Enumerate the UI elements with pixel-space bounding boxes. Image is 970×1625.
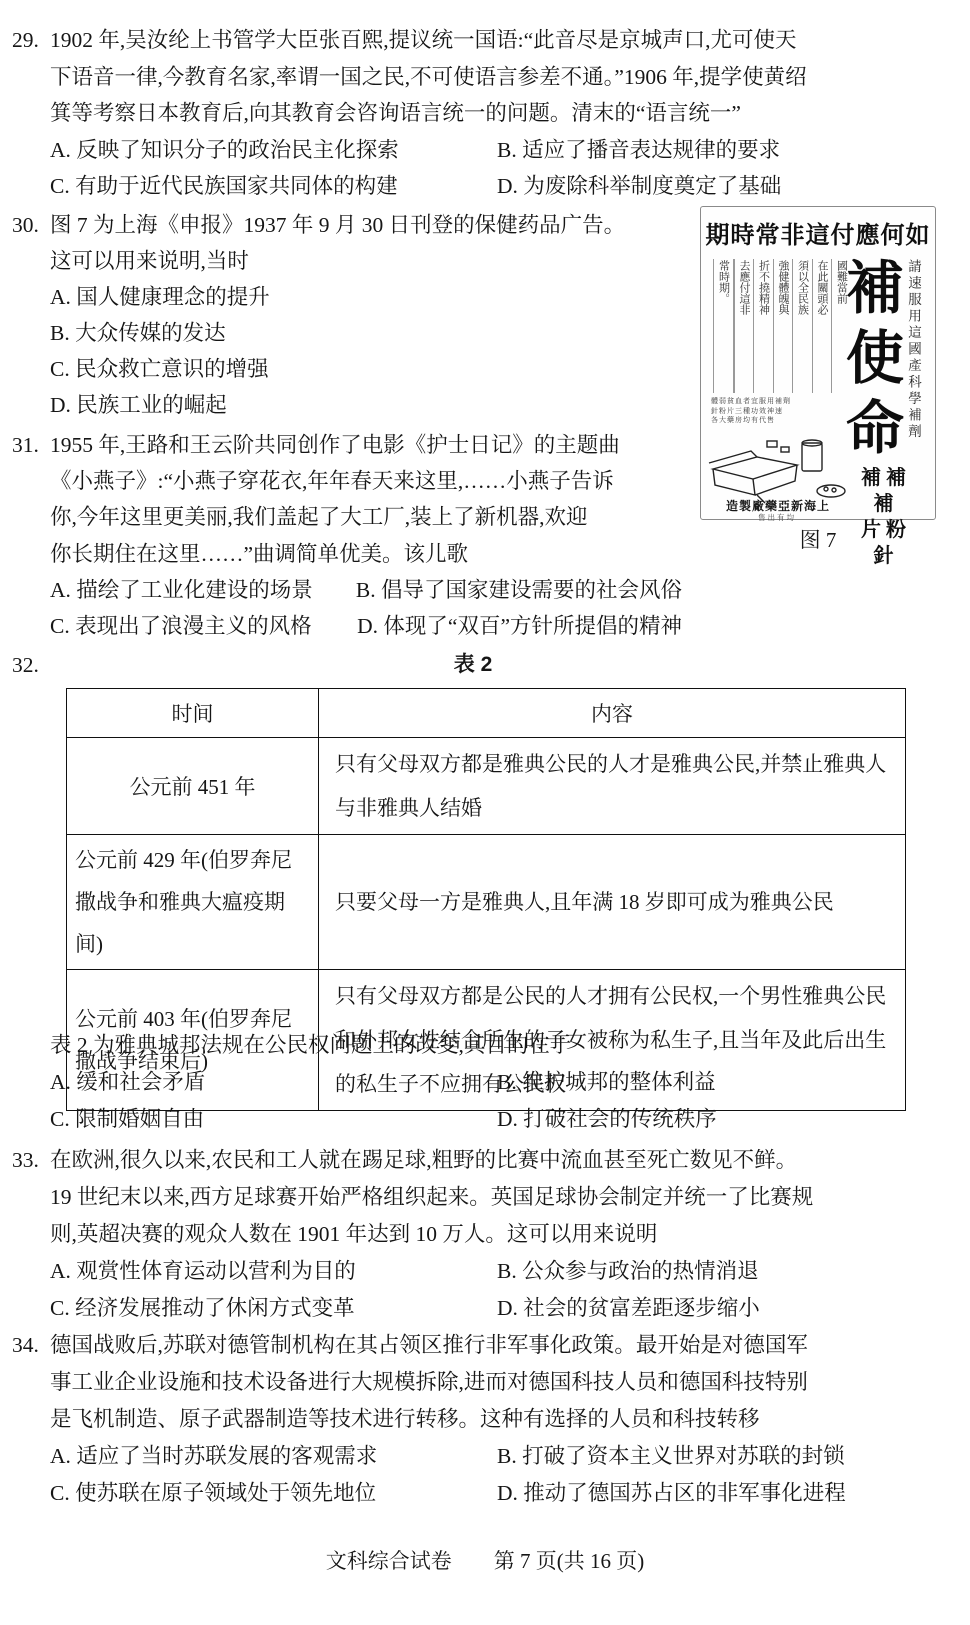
question-line: 33.在欧洲,很久以来,农民和工人就在踢足球,粗野的比赛中流血甚至死亡数见不鲜。 [12, 1142, 970, 1179]
option-a: A. 适应了当时苏联发展的客观需求 [50, 1438, 497, 1475]
option-a: A. 描绘了工业化建设的场景 [50, 572, 356, 608]
question-29: 29.1902 年,吴汝纶上书管学大臣张百熙,提议统一国语:“此音尽是京城声口,… [12, 22, 970, 205]
option-row: C. 使苏联在原子领域处于领先地位 D. 推动了德国苏占区的非军事化进程 [50, 1475, 970, 1512]
option-a: A. 观赏性体育运动以营利为目的 [50, 1253, 497, 1290]
ad-manufacturer-note: 售出有均 [727, 512, 827, 523]
question-line: 这可以用来说明,当时 [50, 243, 672, 279]
question-line: 32. 表 2 [12, 647, 958, 683]
option-c: C. 有助于近代民族国家共同体的构建 [50, 168, 497, 205]
option-b: B. 公众参与政治的热情消退 [497, 1253, 970, 1290]
question-text: 图 7 为上海《申报》1937 年 9 月 30 日刊登的保健药品广告。 [50, 213, 625, 237]
question-line: 你长期住在这里……”曲调简单优美。该儿歌 [50, 536, 682, 572]
table-header-content: 内容 [319, 689, 906, 738]
ad-notice-column: 須以全民族 [792, 259, 812, 393]
option-a: A. 国人健康理念的提升 [50, 279, 672, 315]
table-cell-time: 公元前 429 年(伯罗奔尼撒战争和雅典大瘟疫期间) [67, 835, 319, 970]
page-footer: 文科综合试卷 第 7 页(共 16 页) [0, 1545, 970, 1575]
ad-notice-text: 國難當前 在此關頭必 須以全民族 強健體魄與 折不撓精神 去應付這非 常時期。 [713, 259, 851, 393]
question-number: 29. [12, 22, 50, 59]
option-a: A. 反映了知识分子的政治民主化探索 [50, 132, 497, 169]
option-d: D. 推动了德国苏占区的非军事化进程 [497, 1475, 970, 1512]
option-row: A. 缓和社会矛盾 B. 维护城邦的整体利益 [50, 1064, 970, 1101]
table-cell-content: 只要父母一方是雅典人,且年满 18 岁即可成为雅典公民 [319, 835, 906, 970]
option-row: C. 经济发展推动了休闲方式变革 D. 社会的贫富差距逐步缩小 [50, 1290, 970, 1327]
option-b: B. 倡导了国家建设需要的社会风俗 [356, 572, 682, 608]
ad-headline: 期時常非這付應何如 [701, 215, 935, 250]
question-text: 德国战败后,苏联对德管制机构在其占领区推行非军事化政策。最开始是对德国军 [50, 1333, 808, 1357]
ad-slogan: 請速服用這國產科學補劑 [903, 259, 923, 441]
question-31: 31.1955 年,王路和王云阶共同创作了电影《护士日记》的主题曲 《小燕子》:… [12, 427, 682, 644]
option-c: C. 表现出了浪漫主义的风格 [50, 608, 357, 644]
option-d: D. 体现了“双百”方针所提倡的精神 [357, 608, 682, 644]
question-line: 事工业企业设施和技术设备进行大规模拆除,进而对德国科技人员和德国科技特别 [50, 1364, 970, 1401]
table-header-time: 时间 [67, 689, 319, 738]
question-text: 在欧洲,很久以来,农民和工人就在踢足球,粗野的比赛中流血甚至死亡数见不鲜。 [50, 1148, 797, 1172]
question-line: 下语音一律,今教育名家,率谓一国之民,不可使语言参差不通。”1906 年,提学使… [50, 59, 970, 96]
option-b: B. 打破了资本主义世界对苏联的封锁 [497, 1438, 970, 1475]
question-30: 30.图 7 为上海《申报》1937 年 9 月 30 日刊登的保健药品广告。 … [12, 207, 672, 423]
table-row: 公元前 451 年 只有父母双方都是雅典公民的人才是雅典公民,并禁止雅典人与非雅… [67, 738, 906, 835]
question-line: 是飞机制造、原子武器制造等技术进行转移。这种有选择的人员和科技转移 [50, 1401, 970, 1438]
figure-7-advertisement: 期時常非這付應何如 國難當前 在此關頭必 須以全民族 強健體魄與 折不撓精神 去… [700, 206, 936, 520]
option-row: C. 有助于近代民族国家共同体的构建 D. 为废除科举制度奠定了基础 [50, 168, 970, 205]
option-c: C. 限制婚姻自由 [50, 1101, 497, 1138]
option-b: B. 适应了播音表达规律的要求 [497, 132, 970, 169]
option-b: B. 维护城邦的整体利益 [497, 1064, 970, 1101]
exam-page: { "q29": { "number": "29.", "lines": [ "… [0, 0, 970, 1625]
option-a: A. 缓和社会矛盾 [50, 1064, 497, 1101]
question-32-header: 32. 表 2 [12, 647, 958, 683]
ad-notice-column: 去應付這非 [734, 259, 754, 393]
question-stem: 表 2 为雅典城邦法规在公民权问题上的改变,其目的在于 [50, 1027, 970, 1064]
ad-notice-column: 折不撓精神 [753, 259, 773, 393]
option-d: D. 民族工业的崛起 [50, 387, 672, 423]
question-line: 则,英超决赛的观众人数在 1901 年达到 10 万人。这可以用来说明 [50, 1216, 970, 1253]
table-cell-content: 只有父母双方都是雅典公民的人才是雅典公民,并禁止雅典人与非雅典人结婚 [319, 738, 906, 835]
option-c: C. 经济发展推动了休闲方式变革 [50, 1290, 497, 1327]
option-row: A. 观赏性体育运动以营利为目的 B. 公众参与政治的热情消退 [50, 1253, 970, 1290]
option-b: B. 大众传媒的发达 [50, 315, 672, 351]
question-number: 33. [12, 1142, 50, 1179]
question-number: 31. [12, 427, 50, 463]
question-line: 31.1955 年,王路和王云阶共同创作了电影《护士日记》的主题曲 [12, 427, 682, 463]
option-d: D. 为废除科举制度奠定了基础 [497, 168, 970, 205]
question-number: 34. [12, 1327, 50, 1364]
option-c: C. 民众救亡意识的增强 [50, 351, 672, 387]
question-line: 箕等考察日本教育后,向其教育会咨询语言统一的问题。清末的“语言统一” [50, 95, 970, 132]
question-34: 34.德国战败后,苏联对德管制机构在其占领区推行非军事化政策。最开始是对德国军 … [12, 1327, 970, 1512]
question-line: 你,今年这里更美丽,我们盖起了大工厂,装上了新机器,欢迎 [50, 499, 682, 535]
question-line: 《小燕子》:“小燕子穿花衣,年年春天来这里,……小燕子告诉 [50, 463, 682, 499]
option-d: D. 社会的贫富差距逐步缩小 [497, 1290, 970, 1327]
table-header-row: 时间 内容 [67, 689, 906, 738]
ad-notice-column: 常時期。 [713, 259, 734, 393]
question-number: 30. [12, 207, 50, 243]
option-c: C. 使苏联在原子领域处于领先地位 [50, 1475, 497, 1512]
question-text: 1955 年,王路和王云阶共同创作了电影《护士日记》的主题曲 [50, 433, 620, 457]
ad-notice-column: 強健體魄與 [773, 259, 793, 393]
option-row: C. 表现出了浪漫主义的风格 D. 体现了“双百”方针所提倡的精神 [50, 608, 682, 644]
table-title: 表 2 [12, 647, 934, 683]
question-line: 34.德国战败后,苏联对德管制机构在其占领区推行非军事化政策。最开始是对德国军 [12, 1327, 970, 1364]
ad-fine-print: 體弱貧血者宜服用補劑 針粉片三種功效神速 各大藥房均有代售 [711, 397, 829, 426]
figure-7-caption: 图 7 [700, 524, 936, 554]
option-row: A. 反映了知识分子的政治民主化探索 B. 适应了播音表达规律的要求 [50, 132, 970, 169]
question-line: 29.1902 年,吴汝纶上书管学大臣张百熙,提议统一国语:“此音尽是京城声口,… [12, 22, 970, 59]
question-32-body: 表 2 为雅典城邦法规在公民权问题上的改变,其目的在于 A. 缓和社会矛盾 B.… [12, 1027, 970, 1138]
table-cell-time: 公元前 451 年 [67, 738, 319, 835]
question-line: 30.图 7 为上海《申报》1937 年 9 月 30 日刊登的保健药品广告。 [12, 207, 672, 243]
table-row: 公元前 429 年(伯罗奔尼撒战争和雅典大瘟疫期间) 只要父母一方是雅典人,且年… [67, 835, 906, 970]
option-row: A. 适应了当时苏联发展的客观需求 B. 打破了资本主义世界对苏联的封锁 [50, 1438, 970, 1475]
ad-notice-column: 在此關頭必 [812, 259, 832, 393]
question-line: 19 世纪末以来,西方足球赛开始严格组织起来。英国足球协会制定并统一了比赛规 [50, 1179, 970, 1216]
option-d: D. 打破社会的传统秩序 [497, 1101, 970, 1138]
question-33: 33.在欧洲,很久以来,农民和工人就在踢足球,粗野的比赛中流血甚至死亡数见不鲜。… [12, 1142, 970, 1327]
question-text: 1902 年,吴汝纶上书管学大臣张百熙,提议统一国语:“此音尽是京城声口,尤可使… [50, 28, 797, 52]
option-row: C. 限制婚姻自由 D. 打破社会的传统秩序 [50, 1101, 970, 1138]
option-row: A. 描绘了工业化建设的场景 B. 倡导了国家建设需要的社会风俗 [50, 572, 682, 608]
